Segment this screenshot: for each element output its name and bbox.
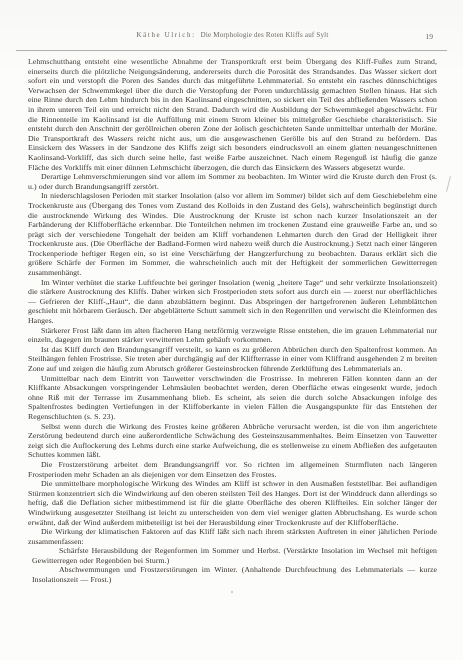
paragraph: Im Winter verhütet die starke Luftfeucht… [28,278,437,326]
scanned-paper-page: Käthe Ulrich:Die Morphologie des Roten K… [0,0,463,660]
paragraph: Lehmschutthang entsteht eine wesentliche… [28,57,437,172]
paragraph: Die Frostzerstörung arbeitet dem Brandun… [28,460,437,479]
running-head-author: Käthe Ulrich: [137,31,196,39]
paragraph: Unmittelbar nach dem Eintritt von Tauwet… [28,374,437,422]
page-number: 19 [426,32,434,41]
running-head-title: Die Morphologie des Roten Kliffs auf Syl… [201,31,329,39]
header-rule [16,50,447,51]
paragraph: Die Wirkung der klimatischen Faktoren au… [28,527,437,546]
body-text: Lehmschutthang entsteht eine wesentliche… [28,57,437,585]
paragraph: In niederschlagslosen Perioden mit stark… [28,191,437,277]
paragraph: Stärkerer Frost läßt dann im alten flach… [28,326,437,345]
running-head: Käthe Ulrich:Die Morphologie des Roten K… [28,31,437,39]
paragraph: Abschwemmungen und Frostzerstörungen im … [28,565,437,584]
paragraph: Ist das Kliff durch den Brandungsangriff… [28,345,437,374]
paragraph: Selbst wenn durch die Wirkung des Froste… [28,422,437,460]
margin-pencil-mark [446,176,451,192]
scan-speck [231,591,233,593]
page-header: Käthe Ulrich:Die Morphologie des Roten K… [28,31,437,45]
paragraph: Schärfste Herausbildung der Regenformen … [28,546,437,565]
paragraph: Derartige Lehmverschmierungen sind vor a… [28,172,437,191]
paragraph: Die unmittelbare morphologische Wirkung … [28,479,437,527]
